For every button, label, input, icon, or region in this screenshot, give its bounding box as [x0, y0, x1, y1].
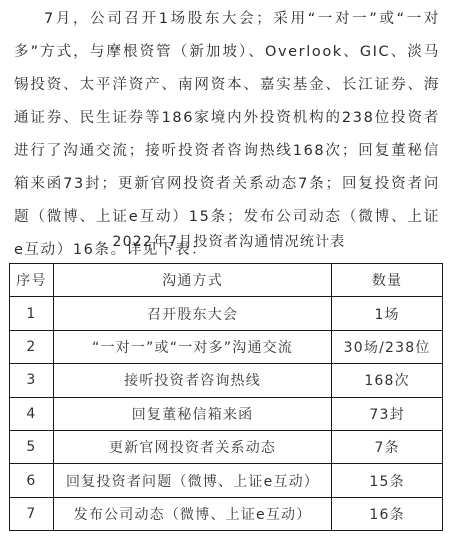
table-header-row: 序号 沟通方式 数量 [10, 264, 443, 297]
table-row: 4 回复董秘信箱来函 73封 [10, 397, 443, 430]
header-index: 序号 [10, 264, 54, 297]
row-index: 5 [10, 430, 54, 463]
row-count: 7条 [332, 430, 443, 463]
row-method: 更新官网投资者关系动态 [53, 430, 331, 463]
table-row: 1 召开股东大会 1场 [10, 297, 443, 330]
row-index: 3 [10, 364, 54, 397]
row-method: 回复董秘信箱来函 [53, 397, 331, 430]
row-method: 回复投资者问题（微博、上证e互动） [53, 464, 331, 497]
table-row: 6 回复投资者问题（微博、上证e互动） 15条 [10, 464, 443, 497]
row-index: 6 [10, 464, 54, 497]
table-title: 2022年7月投资者沟通情况统计表 [0, 231, 458, 253]
header-count: 数量 [332, 264, 443, 297]
row-method: 接听投资者咨询热线 [53, 364, 331, 397]
summary-paragraph: 7月，公司召开1场股东大会；采用“一对一”或“一对多”方式，与摩根资管（新加坡）… [14, 3, 440, 267]
row-index: 1 [10, 297, 54, 330]
row-method: 发布公司动态（微博、上证e互动） [53, 497, 331, 530]
row-index: 4 [10, 397, 54, 430]
row-count: 168次 [332, 364, 443, 397]
row-count: 16条 [332, 497, 443, 530]
table-row: 5 更新官网投资者关系动态 7条 [10, 430, 443, 463]
row-count: 30场/238位 [332, 330, 443, 363]
table-row: 2 “一对一”或“一对多”沟通交流 30场/238位 [10, 330, 443, 363]
header-method: 沟通方式 [53, 264, 331, 297]
row-count: 73封 [332, 397, 443, 430]
row-index: 2 [10, 330, 54, 363]
investor-communication-table: 序号 沟通方式 数量 1 召开股东大会 1场 2 “一对一”或“一对多”沟通交流… [9, 263, 443, 531]
table-row: 3 接听投资者咨询热线 168次 [10, 364, 443, 397]
table-row: 7 发布公司动态（微博、上证e互动） 16条 [10, 497, 443, 530]
row-method: “一对一”或“一对多”沟通交流 [53, 330, 331, 363]
row-count: 1场 [332, 297, 443, 330]
row-count: 15条 [332, 464, 443, 497]
row-method: 召开股东大会 [53, 297, 331, 330]
row-index: 7 [10, 497, 54, 530]
